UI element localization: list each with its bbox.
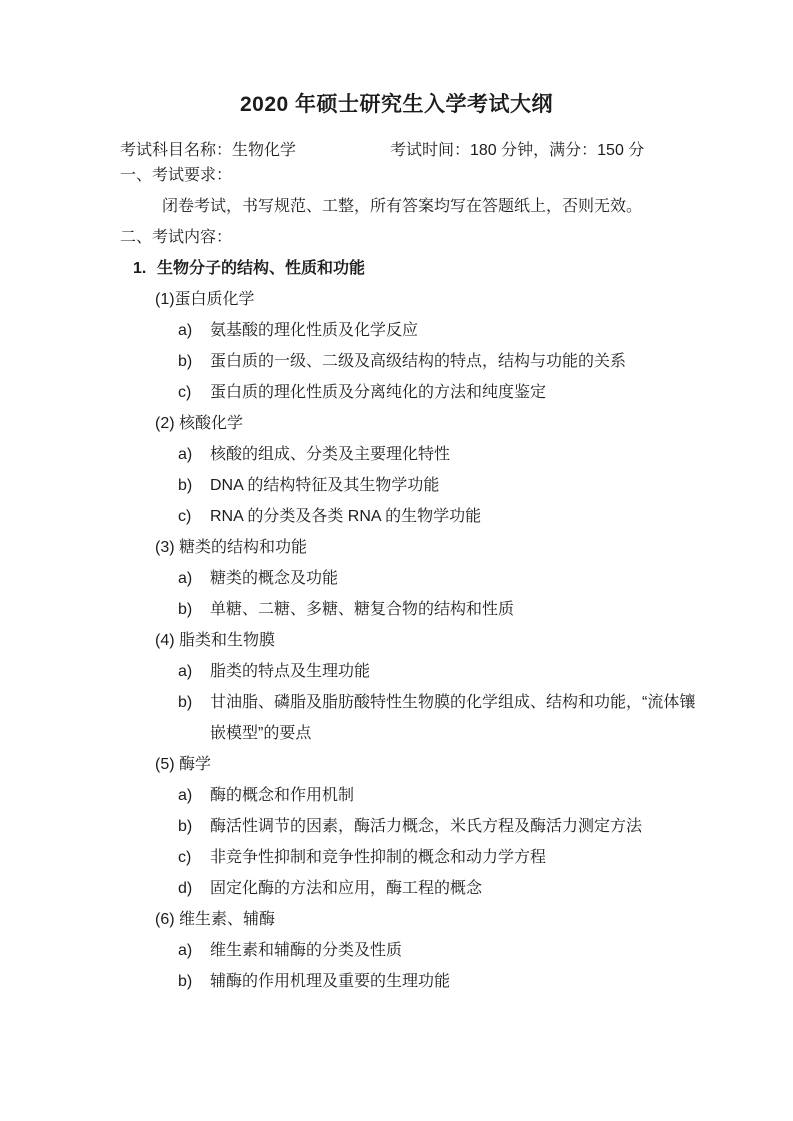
- item-text: 维生素和辅酶的分类及性质: [210, 935, 402, 966]
- section-2-heading: 二、考试内容：: [120, 222, 793, 253]
- item-text: 糖类的概念及功能: [210, 563, 338, 594]
- item-marker: a): [178, 656, 210, 687]
- group-label-4: (4) 脂类和生物膜: [155, 625, 793, 656]
- item-marker: a): [178, 780, 210, 811]
- list-item: b) 蛋白质的一级、二级及高级结构的特点，结构与功能的关系: [178, 346, 793, 377]
- item-text: 固定化酶的方法和应用，酶工程的概念: [210, 873, 482, 904]
- list-item: b) 辅酶的作用机理及重要的生理功能: [178, 966, 793, 997]
- item-marker: b): [178, 966, 210, 997]
- item-marker: b): [178, 594, 210, 625]
- item-marker: a): [178, 439, 210, 470]
- item-text: 辅酶的作用机理及重要的生理功能: [210, 966, 450, 997]
- list-item: a) 维生素和辅酶的分类及性质: [178, 935, 793, 966]
- section-1-heading: 一、考试要求：: [120, 160, 793, 191]
- item-marker: c): [178, 377, 210, 408]
- outline-heading-number: 1.: [133, 253, 157, 284]
- list-item: c) 蛋白质的理化性质及分离纯化的方法和纯度鉴定: [178, 377, 793, 408]
- item-marker: b): [178, 811, 210, 842]
- group-label-2: (2) 核酸化学: [155, 408, 793, 439]
- item-text: 单糖、二糖、多糖、糖复合物的结构和性质: [210, 594, 514, 625]
- list-item: c) RNA 的分类及各类 RNA 的生物学功能: [178, 501, 793, 532]
- meta-row: 考试科目名称：生物化学 考试时间：180 分钟，满分：150 分: [120, 137, 793, 160]
- item-marker: a): [178, 563, 210, 594]
- list-item: b) 酶活性调节的因素，酶活力概念，米氏方程及酶活力测定方法: [178, 811, 793, 842]
- item-marker: b): [178, 470, 210, 501]
- outline-heading: 1. 生物分子的结构、性质和功能: [133, 253, 793, 284]
- list-item: d) 固定化酶的方法和应用，酶工程的概念: [178, 873, 793, 904]
- list-item: a) 糖类的概念及功能: [178, 563, 793, 594]
- list-item: a) 氨基酸的理化性质及化学反应: [178, 315, 793, 346]
- item-text: 酶的概念和作用机制: [210, 780, 354, 811]
- section-1-body: 闭卷考试，书写规范、工整，所有答案均写在答题纸上，否则无效。: [162, 191, 793, 222]
- group-label-5: (5) 酶学: [155, 749, 793, 780]
- item-text: 酶活性调节的因素，酶活力概念，米氏方程及酶活力测定方法: [210, 811, 642, 842]
- list-item: b) 甘油脂、磷脂及脂肪酸特性生物膜的化学组成、结构和功能，“流体镶嵌模型”的要…: [178, 687, 793, 749]
- group-label-1: (1)蛋白质化学: [155, 284, 793, 315]
- item-marker: b): [178, 687, 210, 749]
- item-text: 甘油脂、磷脂及脂肪酸特性生物膜的化学组成、结构和功能，“流体镶嵌模型”的要点: [210, 687, 698, 749]
- item-text: DNA 的结构特征及其生物学功能: [210, 470, 439, 501]
- item-text: 脂类的特点及生理功能: [210, 656, 370, 687]
- item-marker: c): [178, 842, 210, 873]
- item-text: 氨基酸的理化性质及化学反应: [210, 315, 418, 346]
- list-item: a) 核酸的组成、分类及主要理化特性: [178, 439, 793, 470]
- item-marker: b): [178, 346, 210, 377]
- item-marker: a): [178, 935, 210, 966]
- group-label-3: (3) 糖类的结构和功能: [155, 532, 793, 563]
- item-text: 核酸的组成、分类及主要理化特性: [210, 439, 450, 470]
- page-title: 2020 年硕士研究生入学考试大纲: [0, 89, 793, 120]
- list-item: a) 脂类的特点及生理功能: [178, 656, 793, 687]
- item-text: 蛋白质的理化性质及分离纯化的方法和纯度鉴定: [210, 377, 546, 408]
- time-score-field: 考试时间：180 分钟，满分：150 分: [390, 137, 644, 160]
- item-marker: a): [178, 315, 210, 346]
- item-text: 非竞争性抑制和竞争性抑制的概念和动力学方程: [210, 842, 546, 873]
- document-page: 2020 年硕士研究生入学考试大纲 考试科目名称：生物化学 考试时间：180 分…: [0, 0, 793, 1121]
- group-label-6: (6) 维生素、辅酶: [155, 904, 793, 935]
- outline-heading-title: 生物分子的结构、性质和功能: [157, 253, 365, 284]
- list-item: c) 非竞争性抑制和竞争性抑制的概念和动力学方程: [178, 842, 793, 873]
- list-item: b) DNA 的结构特征及其生物学功能: [178, 470, 793, 501]
- item-marker: c): [178, 501, 210, 532]
- list-item: a) 酶的概念和作用机制: [178, 780, 793, 811]
- list-item: b) 单糖、二糖、多糖、糖复合物的结构和性质: [178, 594, 793, 625]
- item-text: RNA 的分类及各类 RNA 的生物学功能: [210, 501, 481, 532]
- item-marker: d): [178, 873, 210, 904]
- subject-name-field: 考试科目名称：生物化学: [120, 137, 390, 160]
- item-text: 蛋白质的一级、二级及高级结构的特点，结构与功能的关系: [210, 346, 626, 377]
